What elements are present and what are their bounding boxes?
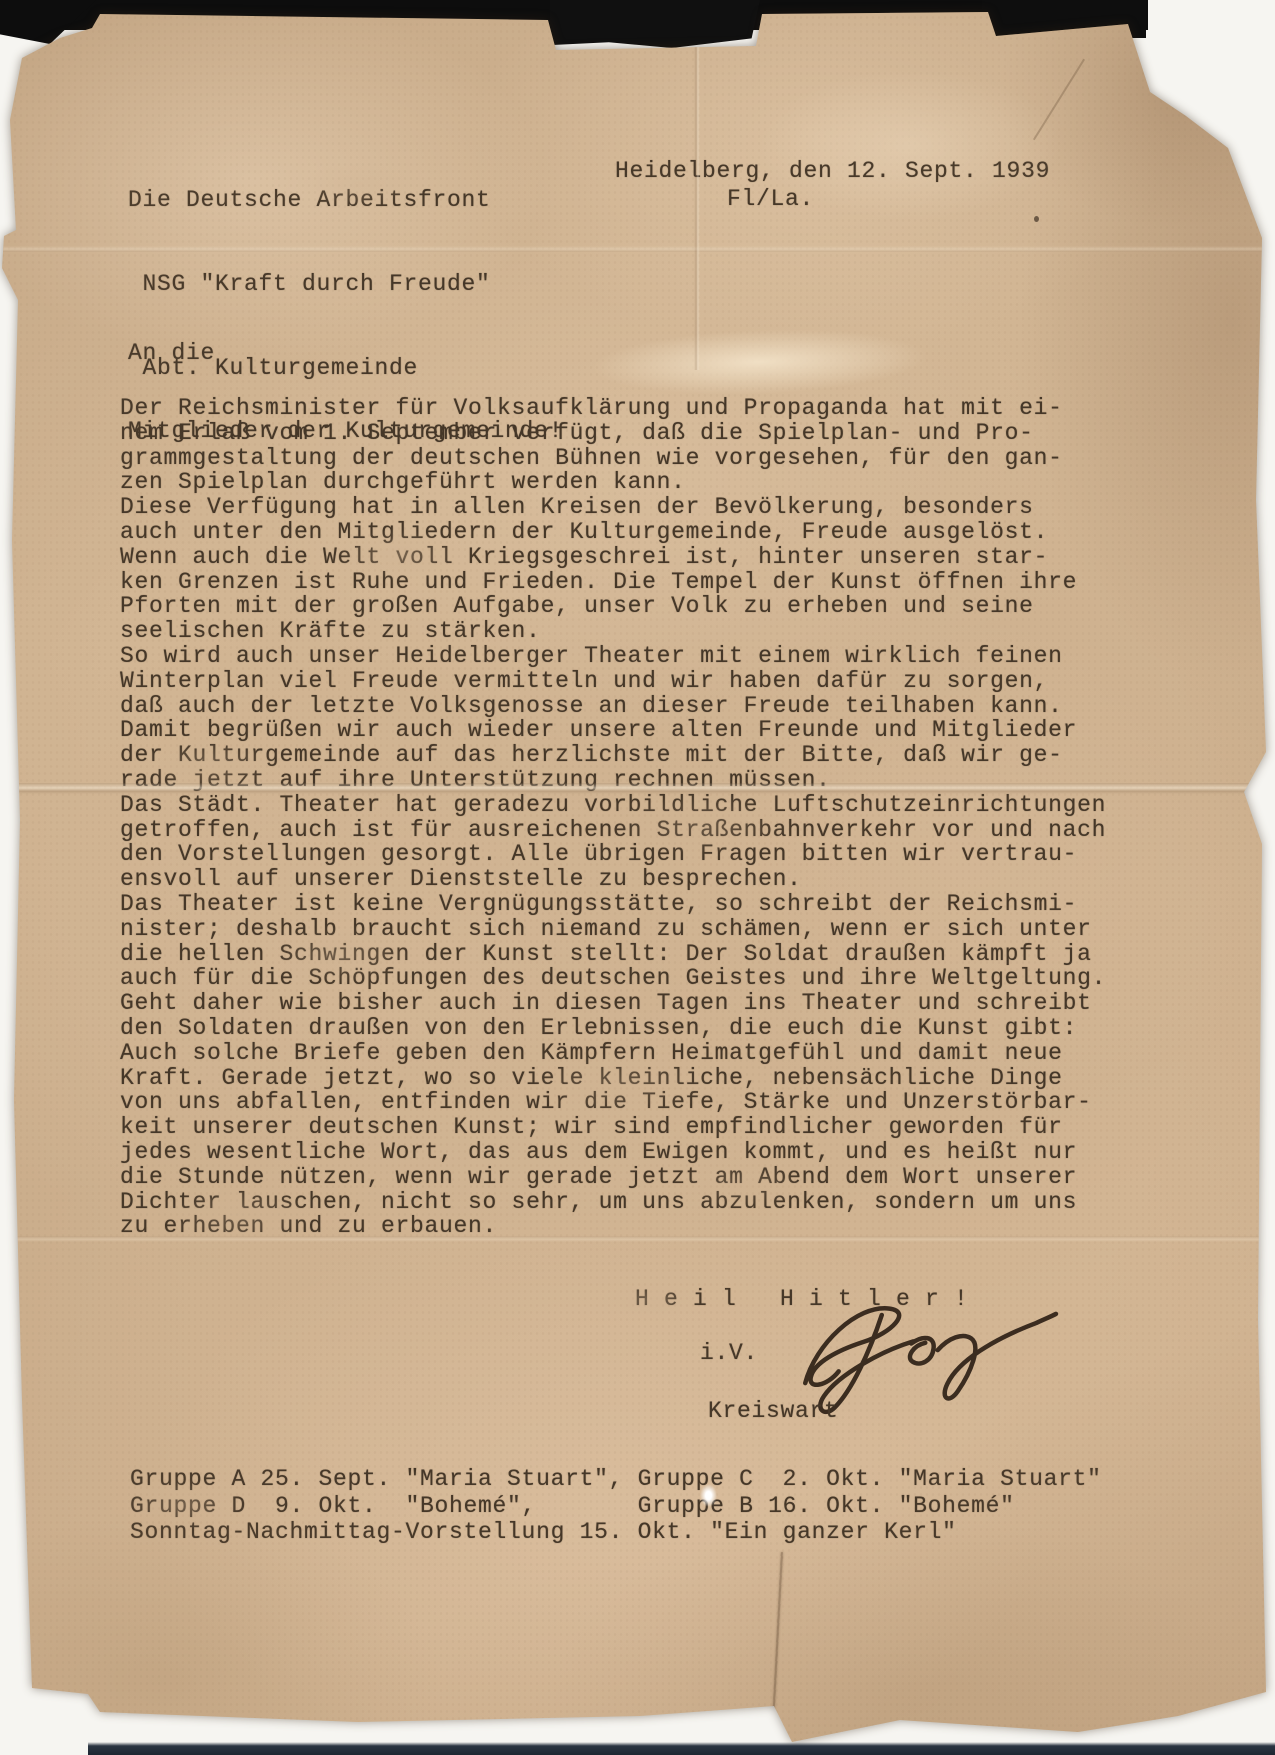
schedule-line: Sonntag-Nachmittag-Vorstellung 15. Okt. …: [130, 1519, 1102, 1546]
body-line: Damit begrüßen wir auch wieder unsere al…: [120, 718, 1106, 743]
letter-body: Der Reichsminister für Volksaufklärung u…: [120, 396, 1106, 1239]
body-line: Diese Verfügung hat in allen Kreisen der…: [120, 495, 1106, 520]
body-line: Kraft. Gerade jetzt, wo so viele kleinli…: [120, 1066, 1106, 1091]
body-line: Das Städt. Theater hat geradezu vorbildl…: [120, 793, 1106, 818]
body-line: nem Erlaß vom 1. September verfügt, daß …: [120, 421, 1106, 446]
ink-speck: [1034, 216, 1039, 222]
paper-tear-patch: [591, 324, 928, 400]
body-line: der Kulturgemeinde auf das herzlichste m…: [120, 743, 1106, 768]
body-line: Geht daher wie bisher auch in diesen Tag…: [120, 991, 1106, 1016]
body-line: die hellen Schwingen der Kunst stellt: D…: [120, 942, 1106, 967]
body-line: Wenn auch die Welt voll Kriegsgeschrei i…: [120, 545, 1106, 570]
body-line: den Vorstellungen gesorgt. Alle übrigen …: [120, 842, 1106, 867]
schedule: Gruppe A 25. Sept. "Maria Stuart", Grupp…: [130, 1466, 1102, 1546]
letter-paper: Die Deutsche Arbeitsfront NSG "Kraft dur…: [0, 0, 1275, 1755]
body-line: zen Spielplan durchgeführt werden kann.: [120, 470, 1106, 495]
body-line: ken Grenzen ist Ruhe und Frieden. Die Te…: [120, 570, 1106, 595]
body-line: Auch solche Briefe geben den Kämpfern He…: [120, 1041, 1106, 1066]
body-line: den Soldaten draußen von den Erlebnissen…: [120, 1016, 1106, 1041]
body-line: Pforten mit der großen Aufgabe, unser Vo…: [120, 594, 1106, 619]
body-line: nister; deshalb braucht sich niemand zu …: [120, 917, 1106, 942]
body-line: zu erheben und zu erbauen.: [120, 1214, 1106, 1239]
letterhead-org-line-1: Die Deutsche Arbeitsfront: [128, 186, 491, 214]
body-line: seelischen Kräfte zu stärken.: [120, 619, 1106, 644]
body-line: von uns abfallen, entfinden wir die Tief…: [120, 1090, 1106, 1115]
body-line: getroffen, auch ist für ausreichenen Str…: [120, 818, 1106, 843]
body-line: Das Theater ist keine Vergnügungsstätte,…: [120, 892, 1106, 917]
letter-paper-wrap: Die Deutsche Arbeitsfront NSG "Kraft dur…: [0, 0, 1275, 1755]
body-line: ensvoll auf unserer Dienststelle zu besp…: [120, 867, 1106, 892]
body-line: auch für die Schöpfungen des deutschen G…: [120, 966, 1106, 991]
paper-crack-top-right: [1033, 59, 1085, 141]
body-line: So wird auch unser Heidelberger Theater …: [120, 644, 1106, 669]
scanner-bed-bottom-strip: [88, 1742, 1275, 1755]
schedule-line: Gruppe D 9. Okt. "Bohemé", Gruppe B 16. …: [130, 1493, 1102, 1520]
body-line: Dichter lauschen, nicht so sehr, um uns …: [120, 1190, 1106, 1215]
body-line: keit unserer deutschen Kunst; wir sind e…: [120, 1115, 1106, 1140]
signature-role-kreiswart: Kreiswart: [708, 1398, 839, 1424]
body-line: jedes wesentliche Wort, das aus dem Ewig…: [120, 1140, 1106, 1165]
body-line: die Stunde nützen, wenn wir gerade jetzt…: [120, 1165, 1106, 1190]
scanned-letter-page: Die Deutsche Arbeitsfront NSG "Kraft dur…: [0, 0, 1275, 1755]
salutation-line-1: An die: [128, 340, 563, 366]
body-line: grammgestaltung der deutschen Bühnen wie…: [120, 446, 1106, 471]
dateline: Heidelberg, den 12. Sept. 1939: [615, 158, 1050, 184]
paper-crack-bottom: [771, 1552, 783, 1742]
body-line: Winterplan viel Freude vermitteln und wi…: [120, 669, 1106, 694]
body-line: Der Reichsminister für Volksaufklärung u…: [120, 396, 1106, 421]
schedule-line: Gruppe A 25. Sept. "Maria Stuart", Grupp…: [130, 1466, 1102, 1493]
reference-code: Fl/La.: [727, 186, 814, 212]
body-line: auch unter den Mitgliedern der Kulturgem…: [120, 520, 1106, 545]
body-line: rade jetzt auf ihre Unterstützung rechne…: [120, 768, 1106, 793]
paper-fold-vertical: [694, 0, 700, 370]
body-line: daß auch der letzte Volksgenosse an dies…: [120, 694, 1106, 719]
